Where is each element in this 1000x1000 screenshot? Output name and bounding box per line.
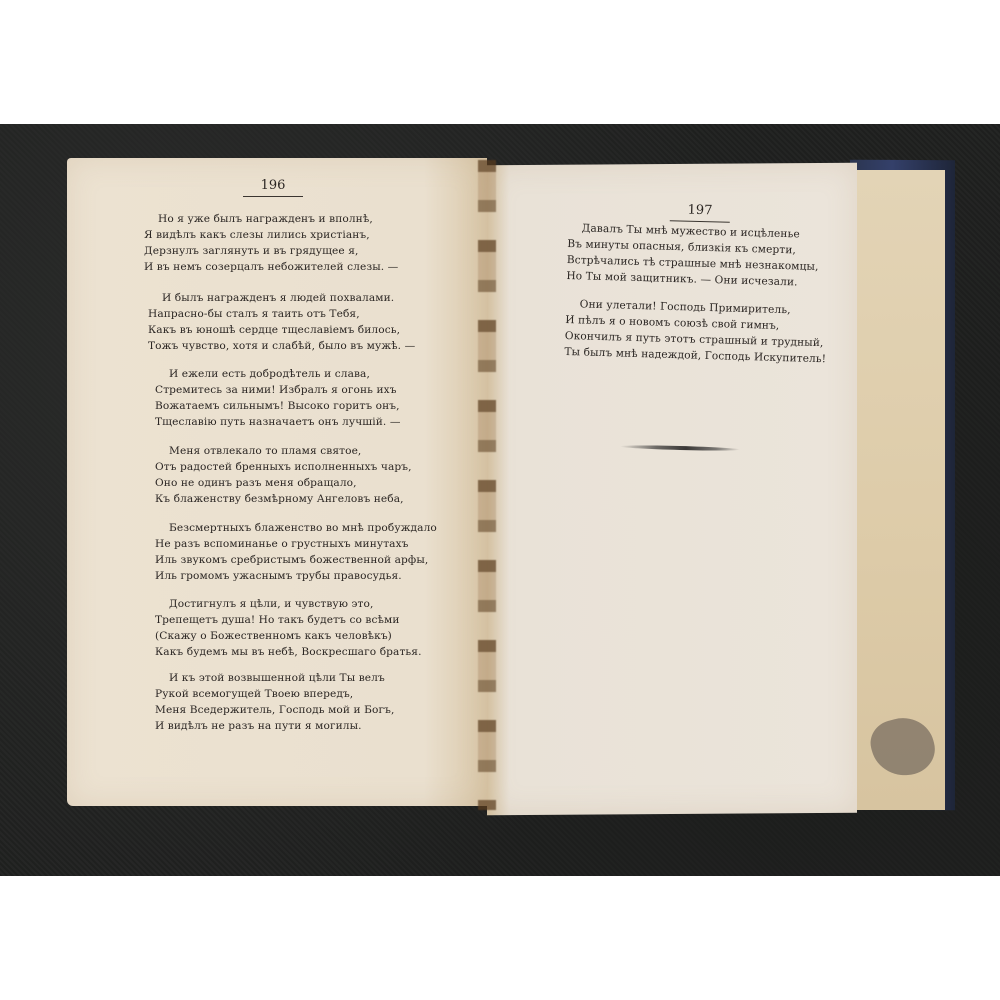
- verse-line: Иль звукомъ сребристымъ божественной арф…: [155, 552, 437, 568]
- left-stanza-2: И былъ награжденъ я людей похвалами. Нап…: [148, 290, 415, 354]
- verse-line: Иль громомъ ужаснымъ трубы правосудья.: [155, 568, 437, 584]
- verse-line: И въ немъ созерцалъ небожителей слезы. —: [144, 259, 398, 275]
- verse-line: Вожатаемъ сильнымъ! Высоко горитъ онъ,: [155, 398, 401, 414]
- verse-line: Тщеславію путь назначаетъ онъ лучшій. —: [155, 414, 401, 430]
- verse-line: Дерзнулъ заглянуть и въ грядущее я,: [144, 243, 398, 259]
- right-stanza-1: Давалъ Ты мнѣ мужество и исцѣленье Въ ми…: [566, 220, 819, 291]
- left-stanza-1: Но я уже былъ награжденъ и вполнѣ, Я вид…: [144, 211, 398, 275]
- page-number-right: 197: [670, 202, 730, 223]
- verse-line: Рукой всемогущей Твоею впередъ,: [155, 686, 394, 702]
- verse-line: Какъ въ юношѣ сердце тщеславіемъ билось,: [148, 322, 415, 338]
- verse-line: Напрасно-бы сталъ я таить отъ Тебя,: [148, 306, 415, 322]
- left-stanza-4: Меня отвлекало то пламя святое, Отъ радо…: [155, 443, 412, 507]
- verse-line: Трепещетъ душа! Но такъ будетъ со всѣми: [155, 612, 422, 628]
- left-stanza-3: И ежели есть добродѣтель и слава, Стреми…: [155, 366, 401, 430]
- verse-line: Какъ будемъ мы въ небѣ, Воскресшаго брат…: [155, 644, 422, 660]
- verse-line: Но я уже былъ награжденъ и вполнѣ,: [144, 211, 398, 227]
- verse-line: Тожъ чувство, хотя и слабѣй, было въ муж…: [148, 338, 415, 354]
- verse-line: И былъ награжденъ я людей похвалами.: [148, 290, 415, 306]
- verse-line: И къ этой возвышенной цѣли Ты велъ: [155, 670, 394, 686]
- verse-line: Оно не одинъ разъ меня обращало,: [155, 475, 412, 491]
- left-stanza-7: И къ этой возвышенной цѣли Ты велъ Рукой…: [155, 670, 394, 734]
- verse-line: Стремитесь за ними! Избралъ я огонь ихъ: [155, 382, 401, 398]
- verse-line: Меня Вседержитель, Господь мой и Богъ,: [155, 702, 394, 718]
- left-stanza-6: Достигнулъ я цѣли, и чувствую это, Трепе…: [155, 596, 422, 660]
- verse-line: Меня отвлекало то пламя святое,: [155, 443, 412, 459]
- verse-line: И видѣлъ не разъ на пути я могилы.: [155, 718, 394, 734]
- verse-line: Не разъ вспоминанье о грустныхъ минутахъ: [155, 536, 437, 552]
- left-stanza-5: Безсмертныхъ блаженство во мнѣ пробуждал…: [155, 520, 437, 584]
- verse-line: Я видѣлъ какъ слезы лились христіанъ,: [144, 227, 398, 243]
- right-stanza-2: Они улетали! Господь Примиритель, И пѣлъ…: [564, 296, 827, 367]
- verse-line: И ежели есть добродѣтель и слава,: [155, 366, 401, 382]
- verse-line: Достигнулъ я цѣли, и чувствую это,: [155, 596, 422, 612]
- verse-line: Безсмертныхъ блаженство во мнѣ пробуждал…: [155, 520, 437, 536]
- verse-line: (Скажу о Божественномъ какъ человѣкъ): [155, 628, 422, 644]
- verse-line: Отъ радостей бренныхъ исполненныхъ чаръ,: [155, 459, 412, 475]
- book-spine-gutter: [478, 160, 496, 810]
- verse-line: Къ блаженству безмѣрному Ангеловъ неба,: [155, 491, 412, 507]
- page-number-left: 196: [243, 178, 303, 197]
